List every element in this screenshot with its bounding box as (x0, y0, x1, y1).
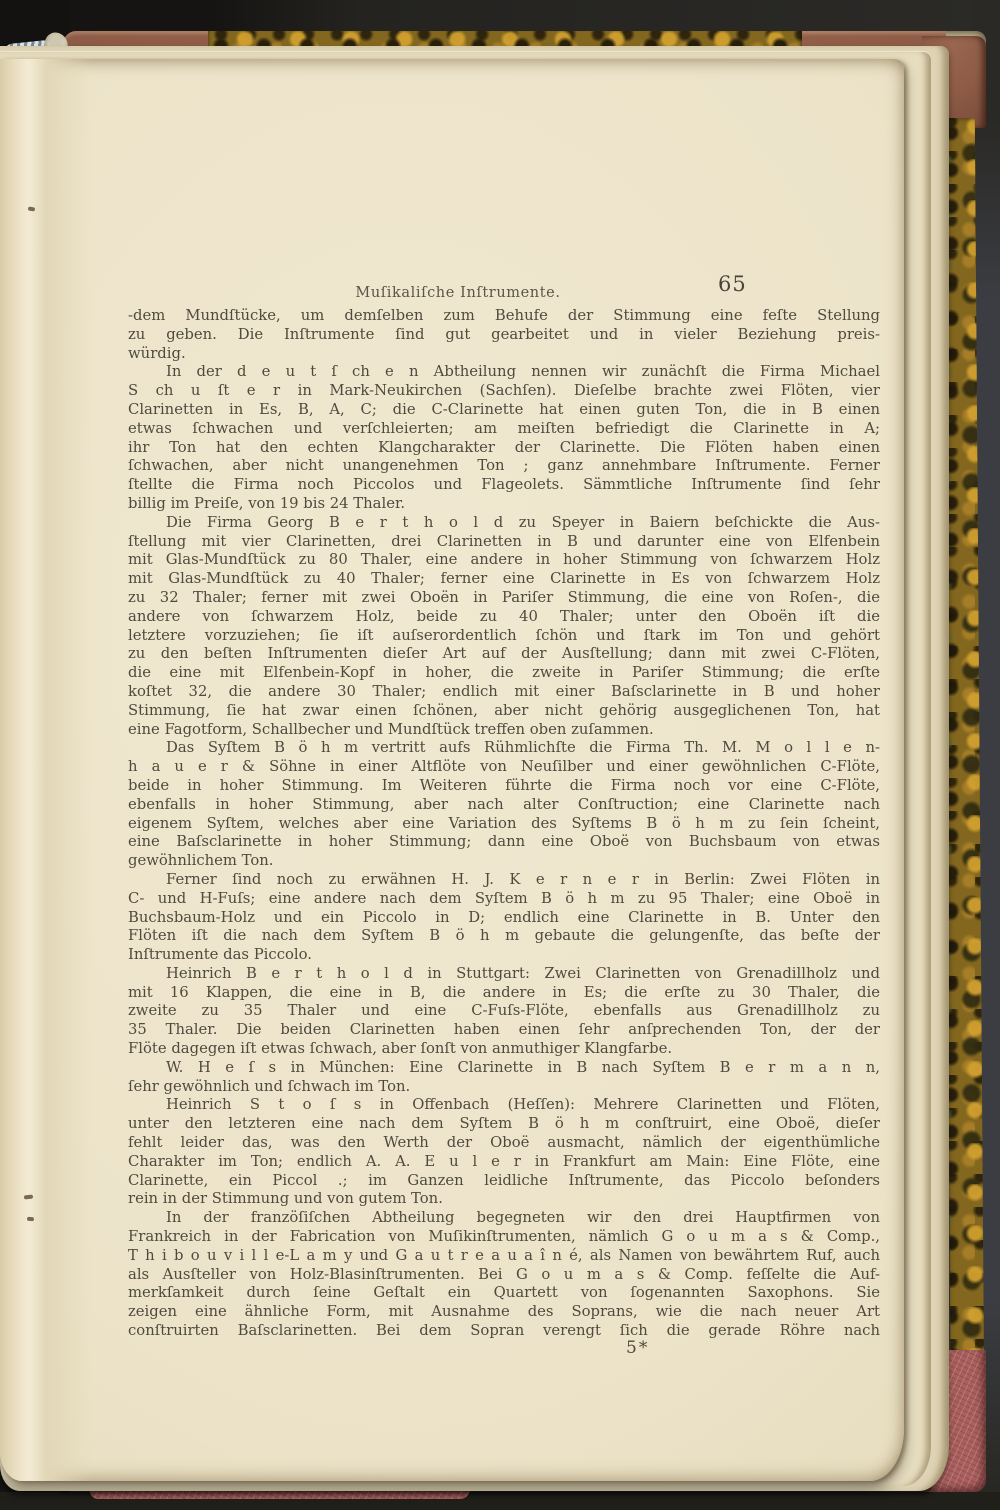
text-line: mit 16 Klappen, die eine in B, die ander… (128, 984, 880, 1003)
text-line: etwas ſchwachen und verſchleierten; am m… (128, 420, 880, 439)
text-line: rein in der Stimmung und von gutem Ton. (128, 1190, 880, 1209)
text-line: ſtellung mit vier Clarinetten, drei Clar… (128, 533, 880, 552)
page-number: 65 (718, 272, 747, 296)
book-page: Muſikaliſche Inſtrumente. 65 -dem Mundſt… (0, 59, 904, 1481)
background-shadow-top (0, 0, 1000, 34)
text-line: fehlt leider das, was den Werth der Oboë… (128, 1134, 880, 1153)
text-line: Heinrich B e r t h o l d in Stuttgart: Z… (128, 965, 880, 984)
text-line: Charakter im Ton; endlich A. A. E u l e … (128, 1153, 880, 1172)
text-line: Das Syſtem B ö h m vertritt aufs Rühmlic… (128, 739, 880, 758)
text-line: Flöte dagegen iſt etwas ſchwach, aber ſo… (128, 1040, 880, 1059)
text-line: ſchwachen, aber nicht unangenehmen Ton ;… (128, 457, 880, 476)
text-line: billig im Preiſe, von 19 bis 24 Thaler. (128, 495, 880, 514)
text-line: In der d e u t ſ ch e n Abtheilung nenne… (128, 363, 880, 382)
text-line: zu den beſten Inſtrumenten dieſer Art au… (128, 645, 880, 664)
text-line: eine Fagotform, Schallbecher und Mundſtü… (128, 721, 880, 740)
text-line: Clarinette, ein Piccol .; im Ganzen leid… (128, 1172, 880, 1191)
text-line: die eine mit Elfenbein-Kopf in hoher, di… (128, 664, 880, 683)
text-line: ſtellte die Firma noch Piccolos und Flag… (128, 476, 880, 495)
running-title: Muſikaliſche Inſtrumente. (128, 285, 788, 301)
text-line: -dem Mundſtücke, um demſelben zum Behufe… (128, 307, 880, 326)
text-line: conſtruirten Baſsclarinetten. Bei dem So… (128, 1322, 880, 1341)
text-line: W. H e ſ s in München: Eine Clarinette i… (128, 1059, 880, 1078)
text-line: T h i b o u v i l l e-L a m y und G a u … (128, 1247, 880, 1266)
text-line: andere von ſchwarzem Holz, beide zu 40 T… (128, 608, 880, 627)
text-line: S ch u ſt e r in Mark-Neukirchen (Sachſe… (128, 382, 880, 401)
text-line: Heinrich S t o ſ s in Offenbach (Heſſen)… (128, 1096, 880, 1115)
text-line: Inſtrumente das Piccolo. (128, 946, 880, 965)
text-line: mit Glas-Mundſtück zu 80 Thaler, eine an… (128, 551, 880, 570)
text-line: merkſamkeit durch ſeine Geſtalt ein Quar… (128, 1284, 880, 1303)
text-line: Clarinetten in Es, B, A, C; die C-Clarin… (128, 401, 880, 420)
text-block: -dem Mundſtücke, um demſelben zum Behufe… (128, 307, 880, 1341)
text-line: Buchsbaum-Holz und ein Piccolo in D; end… (128, 909, 880, 928)
text-line: unter den letzteren eine nach dem Syſtem… (128, 1115, 880, 1134)
text-line: Ferner ſind noch zu erwähnen H. J. K e r… (128, 871, 880, 890)
text-line: C- und H-Fuſs; eine andere nach dem Syſt… (128, 890, 880, 909)
text-line: letztere vorzuziehen; ſie iſt auſserorde… (128, 627, 880, 646)
text-line: zu 32 Thaler; ferner mit zwei Oboën in P… (128, 589, 880, 608)
page-gutter-shadow (0, 59, 92, 1481)
text-line: würdig. (128, 345, 880, 364)
text-line: eigenem Syſtem, welches aber eine Variat… (128, 815, 880, 834)
text-line: koſtet 32, die andere 30 Thaler; endlich… (128, 683, 880, 702)
text-line: beide in hoher Stimmung. Im Weiteren füh… (128, 777, 880, 796)
text-line: Flöten iſt die nach dem Syſtem B ö h m g… (128, 927, 880, 946)
text-line: gewöhnlichem Ton. (128, 852, 880, 871)
text-line: eine Baſsclarinette in hoher Stimmung; d… (128, 833, 880, 852)
text-line: Stimmung, ſie hat zwar einen ſchönen, ab… (128, 702, 880, 721)
signature-mark: 5* (626, 1338, 649, 1358)
paper-flaw (27, 1217, 34, 1221)
text-line: zeigen eine ähnliche Form, mit Ausnahme … (128, 1303, 880, 1322)
text-line: zweite zu 35 Thaler und eine C-Fuſs-Flöt… (128, 1002, 880, 1021)
text-line: Frankreich in der Fabrication von Muſiki… (128, 1228, 880, 1247)
paper-flaw (28, 207, 35, 212)
text-line: als Ausſteller von Holz-Blasinſtrumenten… (128, 1266, 880, 1285)
text-line: Die Firma Georg B e r t h o l d zu Speye… (128, 514, 880, 533)
text-line: ihr Ton hat den echten Klangcharakter de… (128, 439, 880, 458)
text-line: 35 Thaler. Die beiden Clarinetten haben … (128, 1021, 880, 1040)
text-line: h a u e r & Söhne in einer Altflöte von … (128, 758, 880, 777)
text-line: mit Glas-Mundſtück zu 40 Thaler; ferner … (128, 570, 880, 589)
text-line: ſehr gewöhnlich und ſchwach im Ton. (128, 1078, 880, 1097)
book-photograph: Muſikaliſche Inſtrumente. 65 -dem Mundſt… (0, 0, 1000, 1510)
text-line: zu geben. Die Inſtrumente ſind gut gearb… (128, 326, 880, 345)
text-line: In der franzöſiſchen Abtheilung begegnet… (128, 1209, 880, 1228)
text-line: ebenfalls in hoher Stimmung, aber nach a… (128, 796, 880, 815)
